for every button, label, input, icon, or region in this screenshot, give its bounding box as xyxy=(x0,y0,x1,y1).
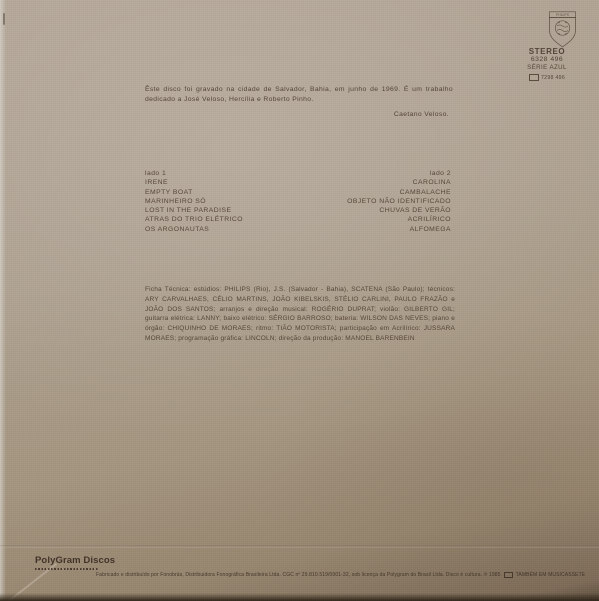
side2-track-5: ACRILÍRICO xyxy=(145,215,451,224)
philips-wordmark: PHILIPS xyxy=(556,13,570,17)
musicassette-icon xyxy=(504,572,513,578)
cassette-icon xyxy=(529,74,539,81)
catalog-number: 6328 496 xyxy=(509,56,585,64)
catalog-block: STEREO 6328 496 SÉRIE AZUL 7298 496 xyxy=(509,47,585,81)
dust-speck xyxy=(3,13,5,25)
philips-shield-icon: PHILIPS xyxy=(546,11,579,49)
stereo-label: STEREO xyxy=(509,47,585,56)
series-label: SÉRIE AZUL xyxy=(509,64,585,72)
side2-track-2: CAMBALACHE xyxy=(145,188,451,197)
polygram-logo: PolyGram Discos xyxy=(35,555,115,566)
album-back-cover: PHILIPS STEREO 6328 496 SÉRIE AZUL 7298 … xyxy=(0,0,599,601)
credits-text: Ficha Técnica: estúdios: PHILIPS (Rio), … xyxy=(145,285,455,344)
cassette-number: 7298 496 xyxy=(541,75,565,81)
artist-signature: Caetano Veloso. xyxy=(145,111,449,118)
legal-line: Fabricado e distribuído por Fonobrás, Di… xyxy=(96,572,591,578)
side2-track-3: OBJETO NÃO IDENTIFICADO xyxy=(145,197,451,206)
side2-track-4: CHUVAS DE VERÃO xyxy=(145,206,451,215)
legal-text: Fabricado e distribuído por Fonobrás, Di… xyxy=(96,572,501,578)
dedication-text: Êste disco foi gravado na cidade de Salv… xyxy=(145,85,453,105)
cover-left-edge xyxy=(0,0,6,601)
side2-label: lado 2 xyxy=(145,169,451,178)
tracklist-side2: lado 2 CAROLINA CAMBALACHE OBJETO NÃO ID… xyxy=(145,169,451,234)
side2-track-1: CAROLINA xyxy=(145,178,451,187)
polygram-underline xyxy=(35,568,99,570)
side2-track-6: ALFOMEGA xyxy=(145,225,451,234)
cassette-number-row: 7298 496 xyxy=(509,74,585,81)
cover-crease xyxy=(0,545,599,548)
cover-bottom-shadow xyxy=(0,593,599,601)
musicassette-note: TAMBÉM EM MUSICASSETE xyxy=(516,572,586,578)
